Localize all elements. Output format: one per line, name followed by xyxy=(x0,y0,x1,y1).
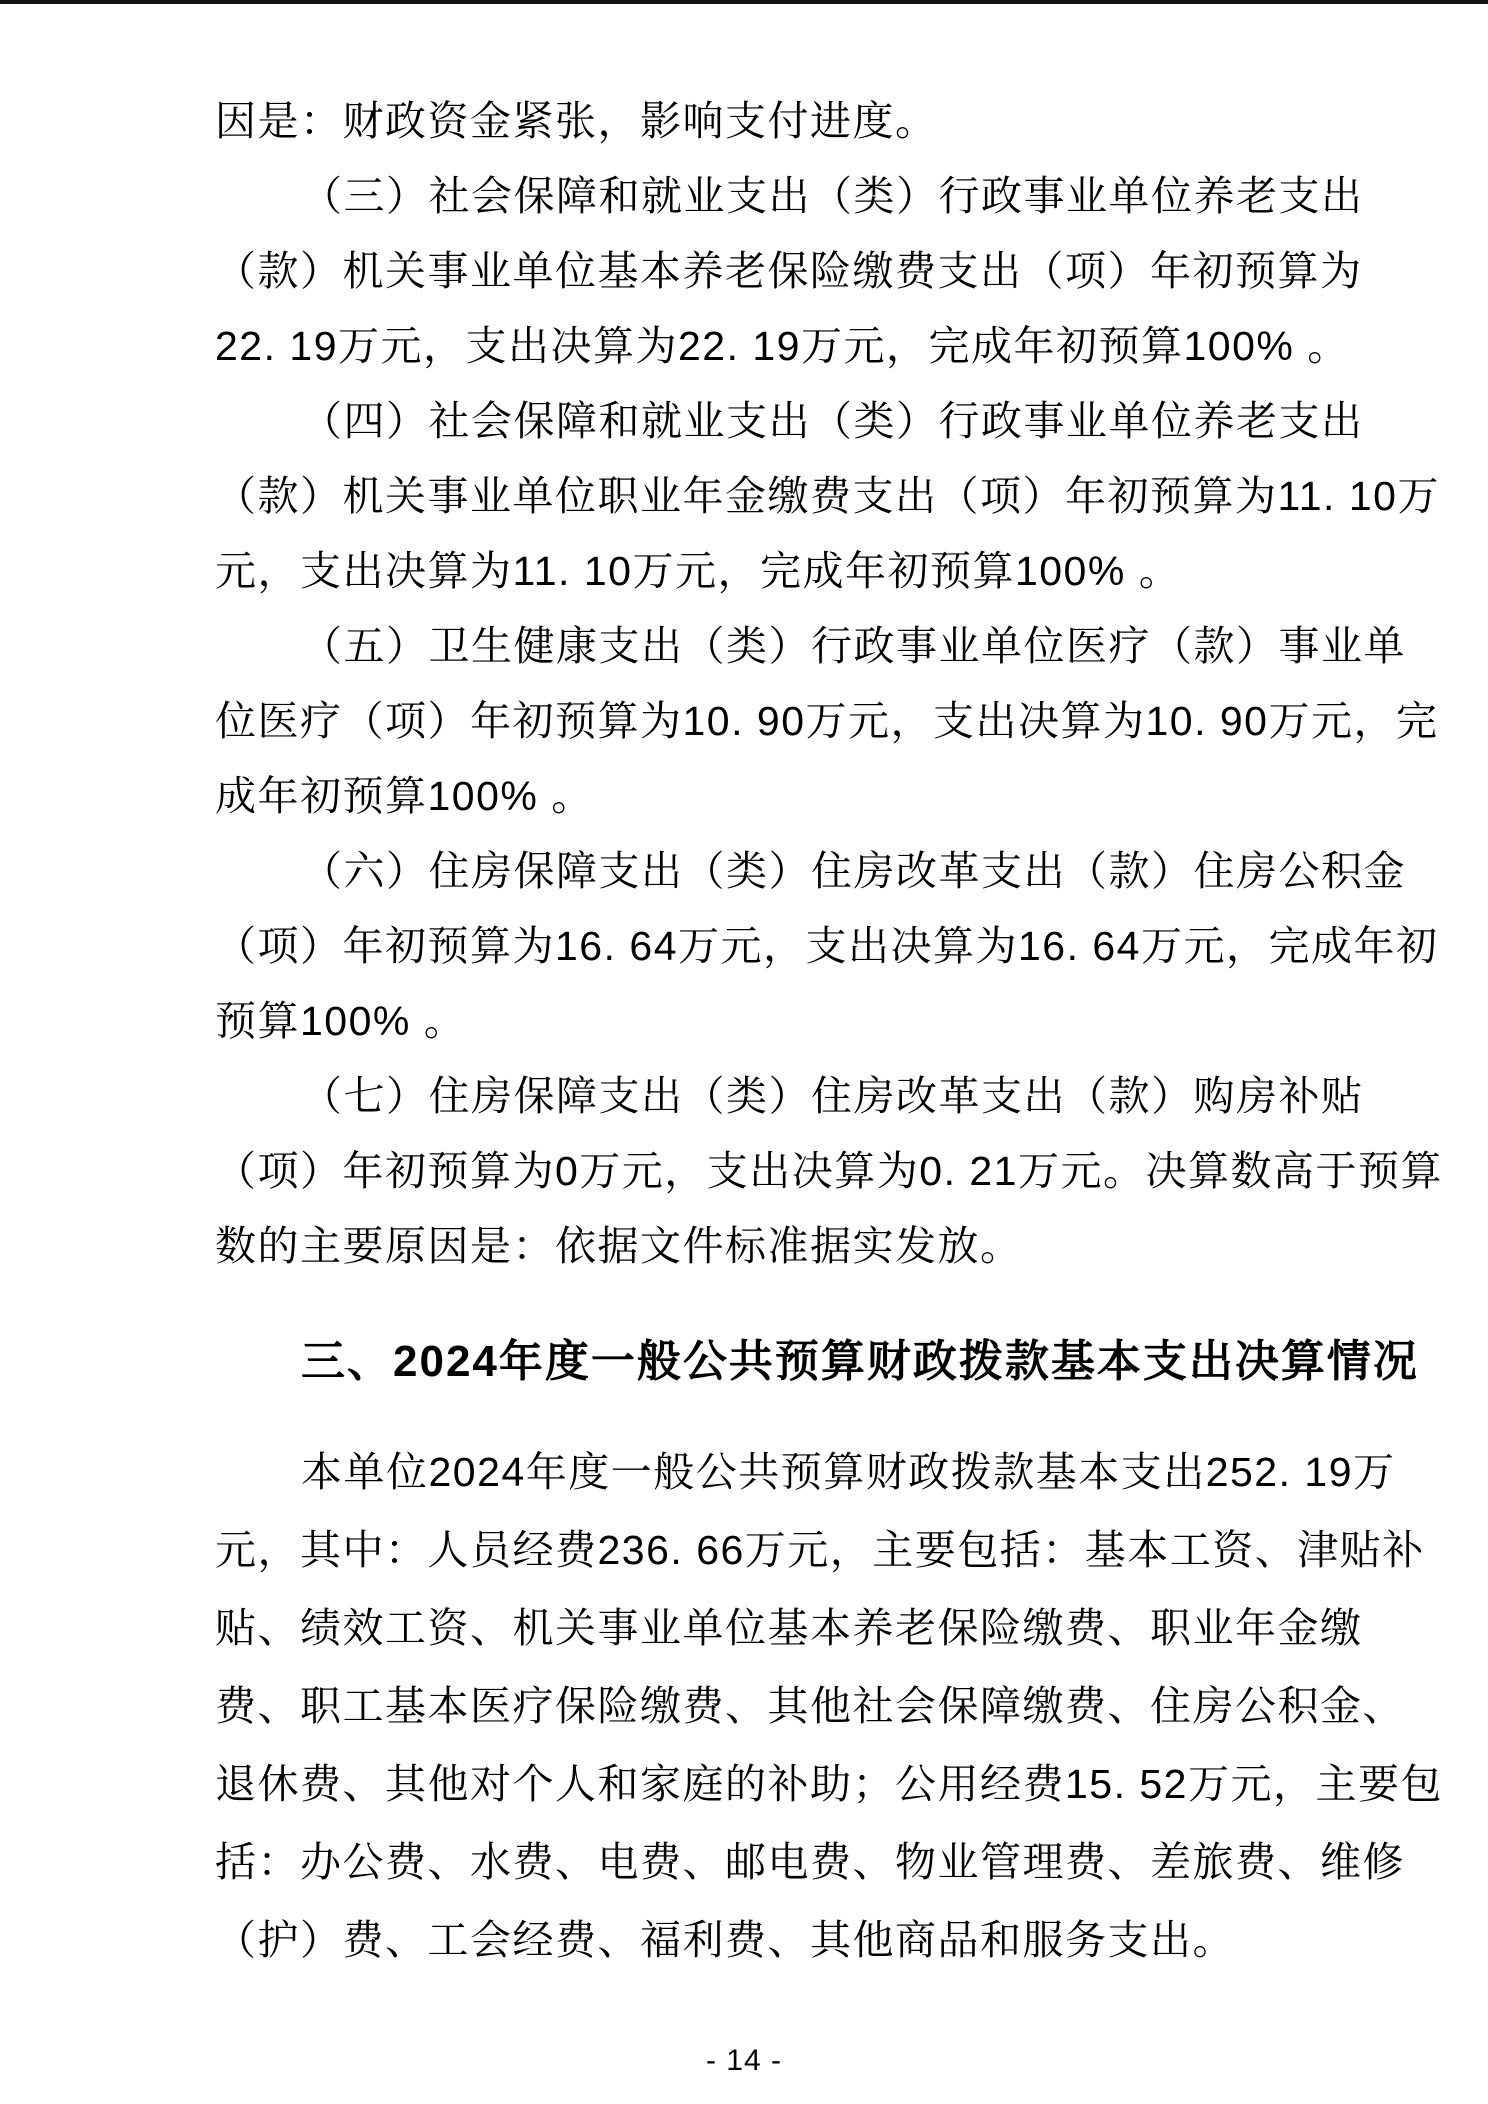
text-line: （五）卫生健康支出（类）行政事业单位医疗（款）事业单 xyxy=(215,609,1365,684)
text-line: 位医疗（项）年初预算为10. 90万元，支出决算为10. 90万元，完 xyxy=(215,684,1365,759)
text-line: 贴、绩效工资、机关事业单位基本养老保险缴费、职业年金缴 xyxy=(215,1589,1365,1667)
text-line: （款）机关事业单位职业年金缴费支出（项）年初预算为11. 10万 xyxy=(215,459,1365,534)
text-line: 元，其中：人员经费236. 66万元，主要包括：基本工资、津贴补 xyxy=(215,1511,1365,1589)
text-line: 元，支出决算为11. 10万元，完成年初预算100% 。 xyxy=(215,534,1365,609)
text-line: 因是：财政资金紧张，影响支付进度。 xyxy=(215,84,1365,159)
text-line: （项）年初预算为16. 64万元，支出决算为16. 64万元，完成年初 xyxy=(215,909,1365,984)
scan-edge-artifact xyxy=(0,0,1488,4)
text-line: 预算100% 。 xyxy=(215,984,1365,1059)
page-footer: - 14 - xyxy=(0,2046,1488,2076)
text-line: 22. 19万元，支出决算为22. 19万元，完成年初预算100% 。 xyxy=(215,309,1365,384)
text-line: 退休费、其他对个人和家庭的补助；公用经费15. 52万元，主要包 xyxy=(215,1745,1365,1823)
text-line: （款）机关事业单位基本养老保险缴费支出（项）年初预算为 xyxy=(215,234,1365,309)
page-number: - 14 - xyxy=(706,2044,782,2077)
text-line: （护）费、工会经费、福利费、其他商品和服务支出。 xyxy=(215,1901,1365,1979)
text-line: 成年初预算100% 。 xyxy=(215,759,1365,834)
text-line: 括：办公费、水费、电费、邮电费、物业管理费、差旅费、维修 xyxy=(215,1823,1365,1901)
text-line: （项）年初预算为0万元，支出决算为0. 21万元。决算数高于预算 xyxy=(215,1134,1365,1209)
text-line: 数的主要原因是：依据文件标准据实发放。 xyxy=(215,1209,1365,1284)
text-line: 费、职工基本医疗保险缴费、其他社会保障缴费、住房公积金、 xyxy=(215,1667,1365,1745)
text-line: （六）住房保障支出（类）住房改革支出（款）住房公积金 xyxy=(215,834,1365,909)
document-body: 因是：财政资金紧张，影响支付进度。（三）社会保障和就业支出（类）行政事业单位养老… xyxy=(0,84,1365,1979)
section-heading: 三、2024年度一般公共预算财政拨款基本支出决算情况 xyxy=(215,1324,1365,1399)
document-page: 因是：财政资金紧张，影响支付进度。（三）社会保障和就业支出（类）行政事业单位养老… xyxy=(0,0,1488,2104)
text-line: （三）社会保障和就业支出（类）行政事业单位养老支出 xyxy=(215,159,1365,234)
text-line: （四）社会保障和就业支出（类）行政事业单位养老支出 xyxy=(215,384,1365,459)
text-line: 本单位2024年度一般公共预算财政拨款基本支出252. 19万 xyxy=(215,1433,1365,1511)
text-line: （七）住房保障支出（类）住房改革支出（款）购房补贴 xyxy=(215,1059,1365,1134)
